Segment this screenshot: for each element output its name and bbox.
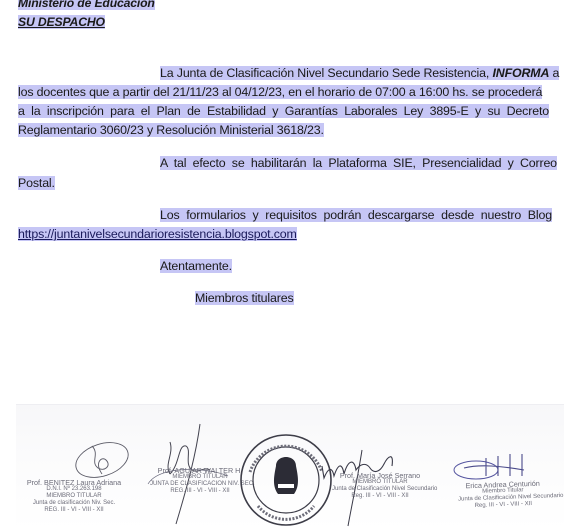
p1-line4-text: Reglamentario 3060/23 y Resolución Minis… bbox=[18, 123, 324, 137]
signature-1-reg: REG. III - VI - VIII - XII bbox=[24, 507, 124, 514]
p1-line2-text: los docentes que a partir del 21/11/23 a… bbox=[18, 85, 542, 99]
signature-2-reg: REG. III - VI - VIII - XII bbox=[150, 488, 250, 495]
paragraph-1-line-3: a la inscripción para el Plan de Estabil… bbox=[18, 103, 549, 119]
recipient-ministry-text: Ministerio de Educación bbox=[18, 0, 155, 10]
p1-line1-end: a bbox=[549, 66, 559, 80]
p2-line1-text: A tal efecto se habilitarán la Plataform… bbox=[160, 156, 557, 170]
p1-line1-text: La Junta de Clasificación Nivel Secundar… bbox=[160, 66, 492, 80]
p1-line3-text: a la inscripción para el Plan de Estabil… bbox=[18, 104, 549, 118]
signature-1-name: Prof. BENITEZ Laura Adriana bbox=[24, 479, 124, 486]
document-page: Ministerio de Educación SU DESPACHO La J… bbox=[0, 0, 564, 530]
paragraph-3-line-1: Los formularios y requisitos podrán desc… bbox=[160, 207, 552, 223]
signature-1-scribble bbox=[72, 432, 132, 482]
blog-link[interactable]: https://juntanivelsecundarioresistencia.… bbox=[18, 227, 297, 241]
signature-1-dni: D.N.I. Nº 23.263.198 bbox=[24, 486, 124, 493]
signed-by: Miembros titulares bbox=[195, 290, 294, 306]
signature-3-block: Prof. María José Serrano MIEMBRO TITULAR… bbox=[332, 472, 428, 500]
blog-link-line[interactable]: https://juntanivelsecundarioresistencia.… bbox=[18, 226, 297, 242]
paragraph-1-line-4: Reglamentario 3060/23 y Resolución Minis… bbox=[18, 122, 324, 138]
recipient-ministry: Ministerio de Educación bbox=[18, 0, 155, 11]
signature-2-role: MIEMBRO TITULAR bbox=[150, 474, 250, 481]
closing: Atentamente. bbox=[160, 258, 232, 274]
signature-4-block: Erica Andrea Centurión Miembro Titular J… bbox=[458, 479, 549, 510]
paragraph-1-line-1: La Junta de Clasificación Nivel Secundar… bbox=[160, 65, 559, 81]
p2-line2-text: Postal. bbox=[18, 176, 55, 190]
signature-1-org: Junta de clasificación Niv. Sec. bbox=[24, 500, 124, 507]
recipient-despacho: SU DESPACHO bbox=[18, 14, 105, 30]
signature-3-name: Prof. María José Serrano bbox=[332, 472, 428, 479]
signature-2-block: Prof. AGUIAR WALTER H. MIEMBRO TITULAR J… bbox=[150, 467, 250, 495]
p3-line1-text: Los formularios y requisitos podrán desc… bbox=[160, 208, 552, 222]
paragraph-2-line-2: Postal. bbox=[18, 175, 55, 191]
recipient-despacho-text: SU DESPACHO bbox=[18, 15, 105, 29]
closing-text: Atentamente. bbox=[160, 259, 232, 273]
paragraph-2-line-1: A tal efecto se habilitarán la Plataform… bbox=[160, 155, 557, 171]
paragraph-1-line-2: los docentes que a partir del 21/11/23 a… bbox=[18, 84, 542, 100]
signature-3-org: Junta de Clasificación Nivel Secundario bbox=[332, 486, 428, 493]
signature-3-reg: Reg. III - VI - VIII - XII bbox=[332, 493, 428, 500]
signature-1-role: MIEMBRO TITULAR bbox=[24, 493, 124, 500]
signed-by-text: Miembros titulares bbox=[195, 291, 294, 305]
signature-1-block: Prof. BENITEZ Laura Adriana D.N.I. Nº 23… bbox=[24, 479, 124, 514]
signature-2-name: Prof. AGUIAR WALTER H. bbox=[150, 467, 250, 474]
signature-3-role: MIEMBRO TITULAR bbox=[332, 479, 428, 486]
informa-emphasis: INFORMA bbox=[492, 66, 549, 80]
signature-2-org: JUNTA DE CLASIFICACION NIV. SEC. bbox=[150, 481, 250, 488]
